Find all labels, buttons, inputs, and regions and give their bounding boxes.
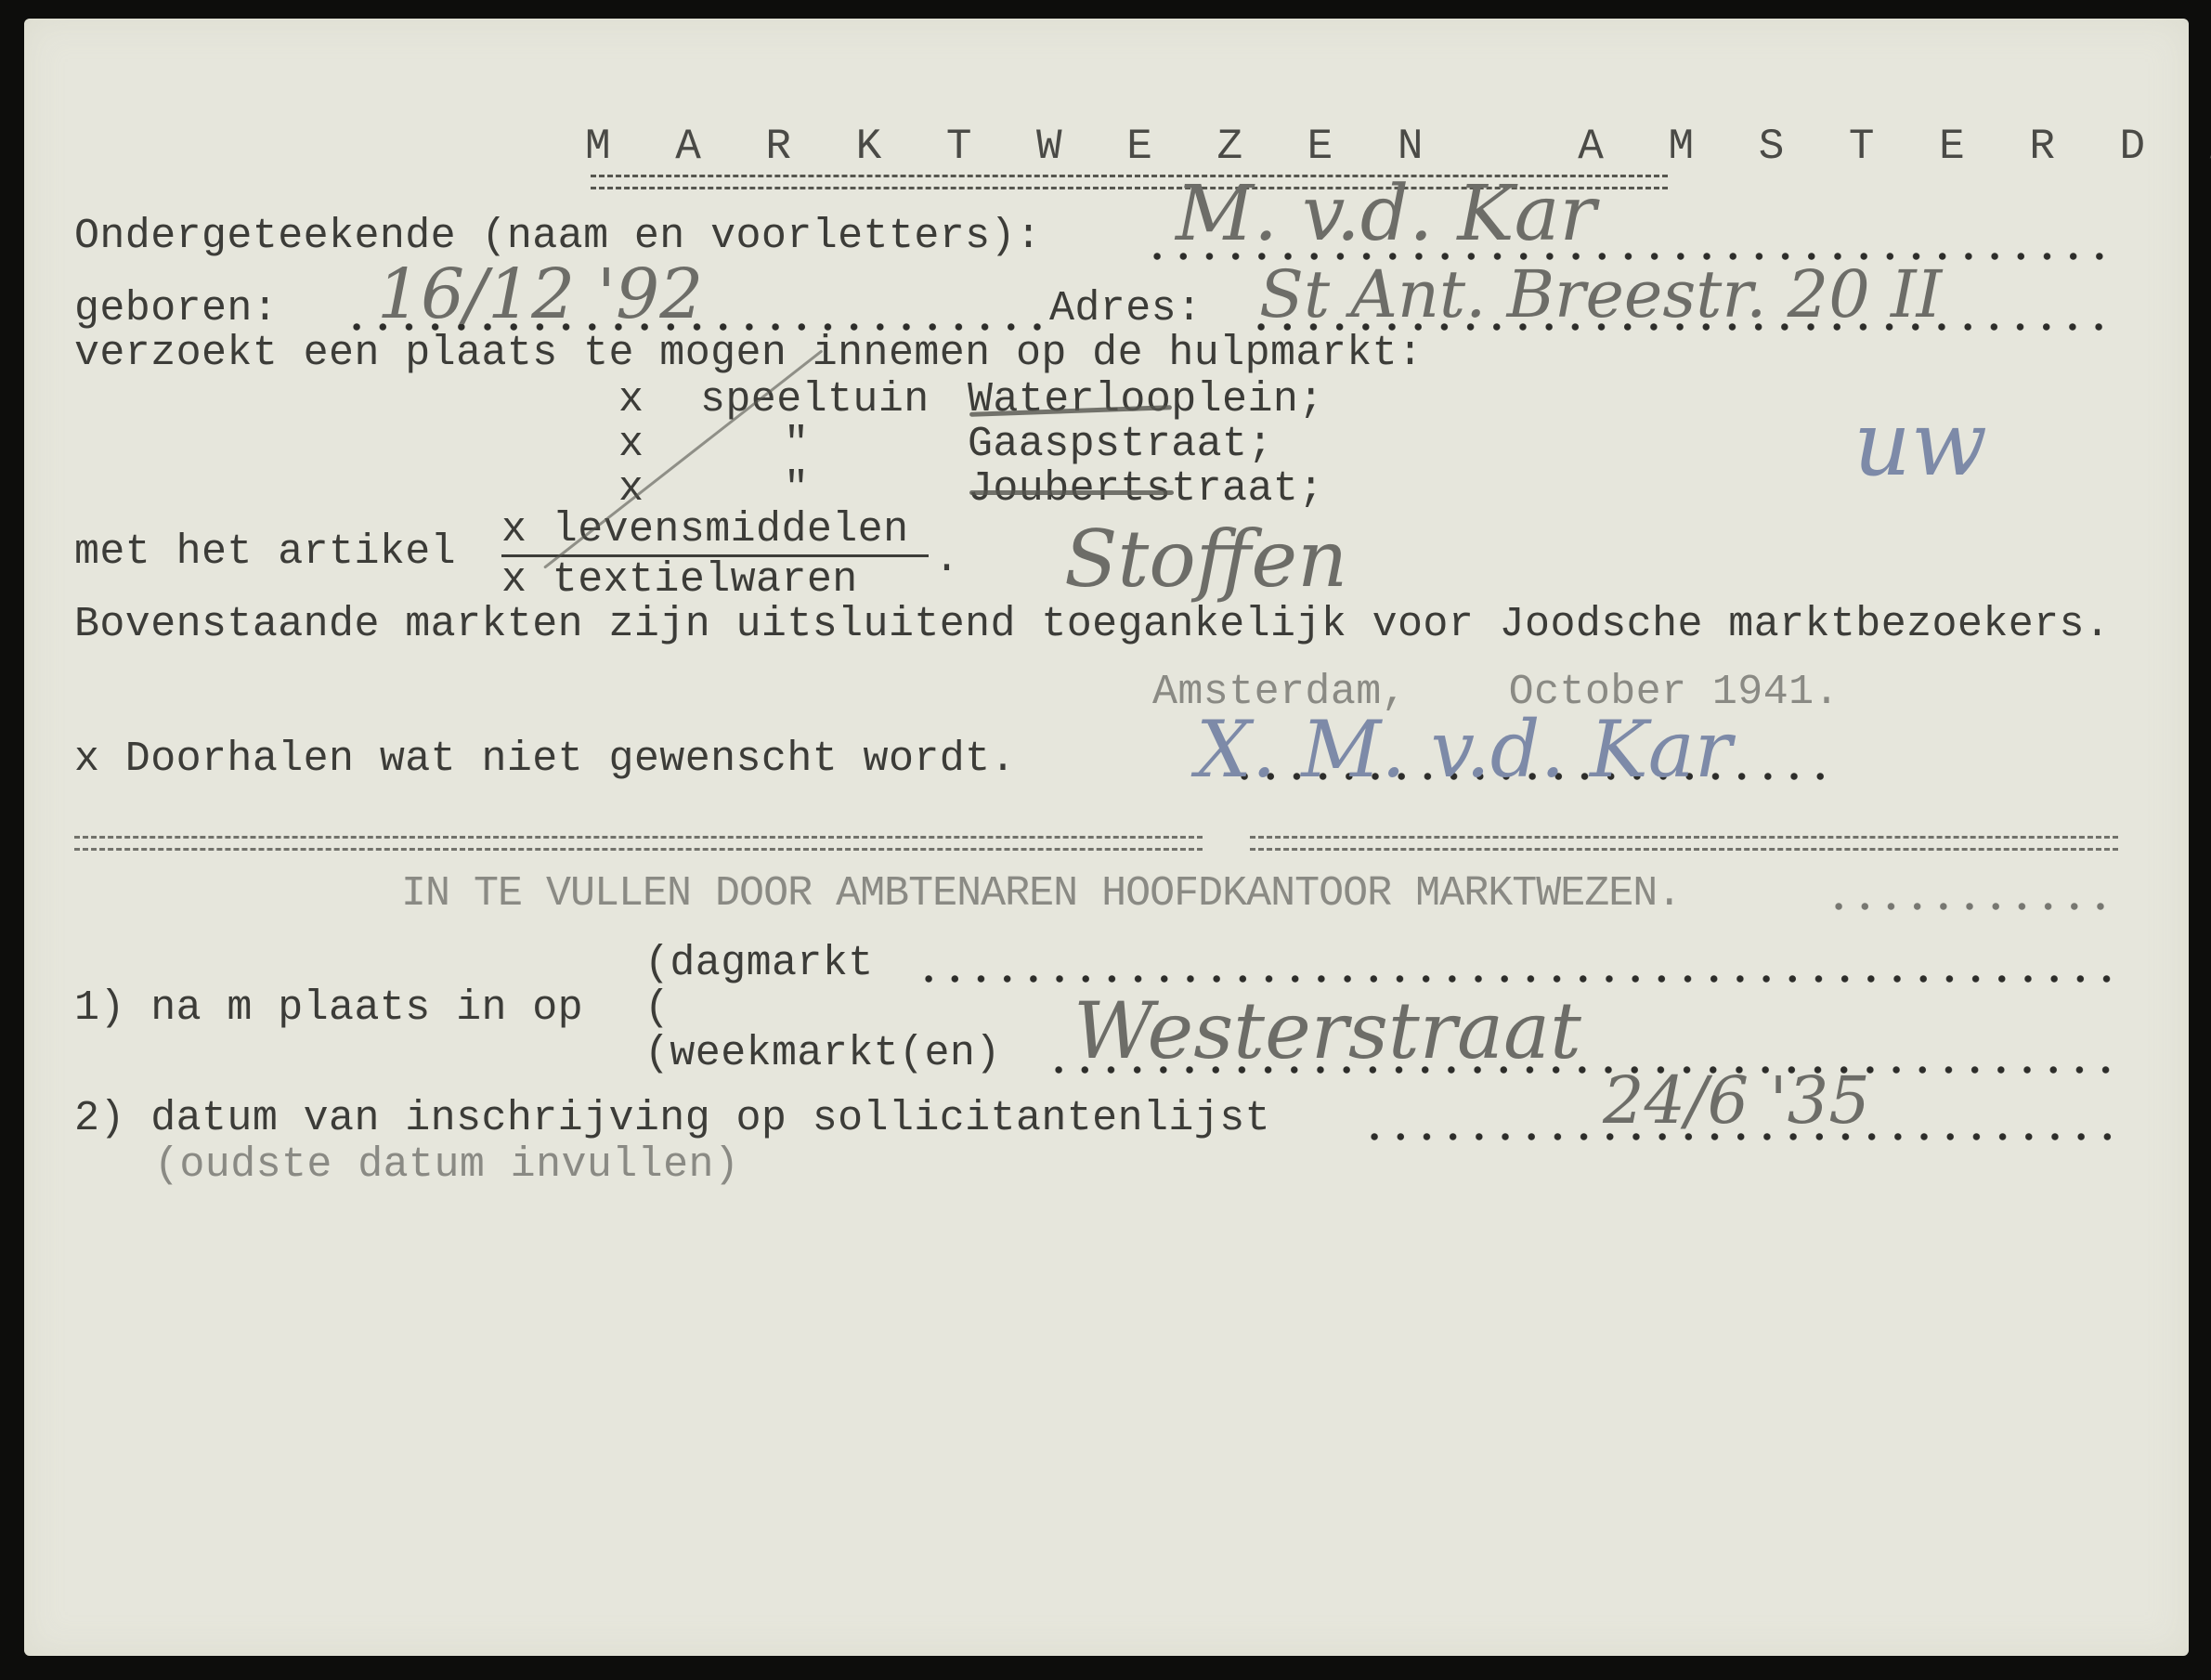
section-separator-right xyxy=(1250,836,2118,851)
strike-note: x Doorhalen wat niet gewenscht wordt. xyxy=(74,738,1016,780)
blue-initials: uw xyxy=(1853,399,1987,488)
market-2-name: Gaaspstraat; xyxy=(968,423,1273,465)
article-label: met het artikel xyxy=(74,531,456,573)
market-1-mark: x xyxy=(618,379,644,421)
name-label: Ondergeteekende (naam en voorletters): xyxy=(74,215,1041,257)
weekmarket-handwritten: Westerstraat xyxy=(1073,992,1581,1070)
name-handwritten: M. v.d. Kar xyxy=(1176,176,1596,253)
market-2-mark: x xyxy=(618,423,644,465)
item2-note: (oudste datum invullen) xyxy=(154,1144,739,1186)
market-3-strikethrough xyxy=(969,490,1174,495)
market-2-prefix: " xyxy=(784,423,809,465)
born-handwritten: 16/12 '92 xyxy=(377,260,703,329)
address-handwritten: St Ant. Breestr. 20 II xyxy=(1259,262,1942,327)
request-line: verzoekt een plaats te mogen innemen op … xyxy=(74,332,1423,374)
card-title: M A R K T W E Z E N A M S T E R D A M . xyxy=(585,125,2211,168)
born-label: geboren: xyxy=(74,288,278,330)
address-label: Adres: xyxy=(1049,288,1202,330)
office-heading-dots xyxy=(1826,903,2119,910)
article-option-textile: x textielwaren xyxy=(501,559,858,601)
weekmarket-label: (weekmarkt(en) xyxy=(644,1033,1001,1074)
notice-text: Bovenstaande markten zijn uitsluitend to… xyxy=(74,604,2110,645)
market-3-name: Joubertstraat; xyxy=(968,468,1324,510)
market-1-prefix: speeltuin xyxy=(700,379,930,421)
market-3-prefix: " xyxy=(784,468,809,510)
index-card: M A R K T W E Z E N A M S T E R D A M . … xyxy=(24,19,2189,1656)
section-separator-left xyxy=(74,836,1203,851)
office-section-heading: IN TE VULLEN DOOR AMBTENAREN HOOFDKANTOO… xyxy=(401,873,1681,915)
signature-handwritten: X. M. v.d. Kar xyxy=(1196,710,1732,788)
item2-handwritten: 24/6 '35 xyxy=(1603,1068,1870,1133)
item2-label: 2) datum van inschrijving op sollicitant… xyxy=(74,1098,1270,1140)
daymarket-label: (dagmarkt xyxy=(644,943,874,984)
daymarket-dotted-line xyxy=(916,975,2121,983)
article-option-food: x levensmiddelen xyxy=(501,509,908,551)
article-handwritten: Stoffen xyxy=(1064,520,1347,598)
item1-label: 1) na m plaats in op xyxy=(74,987,583,1029)
item1-paren: ( xyxy=(644,987,670,1029)
article-terminator: . xyxy=(934,539,959,580)
